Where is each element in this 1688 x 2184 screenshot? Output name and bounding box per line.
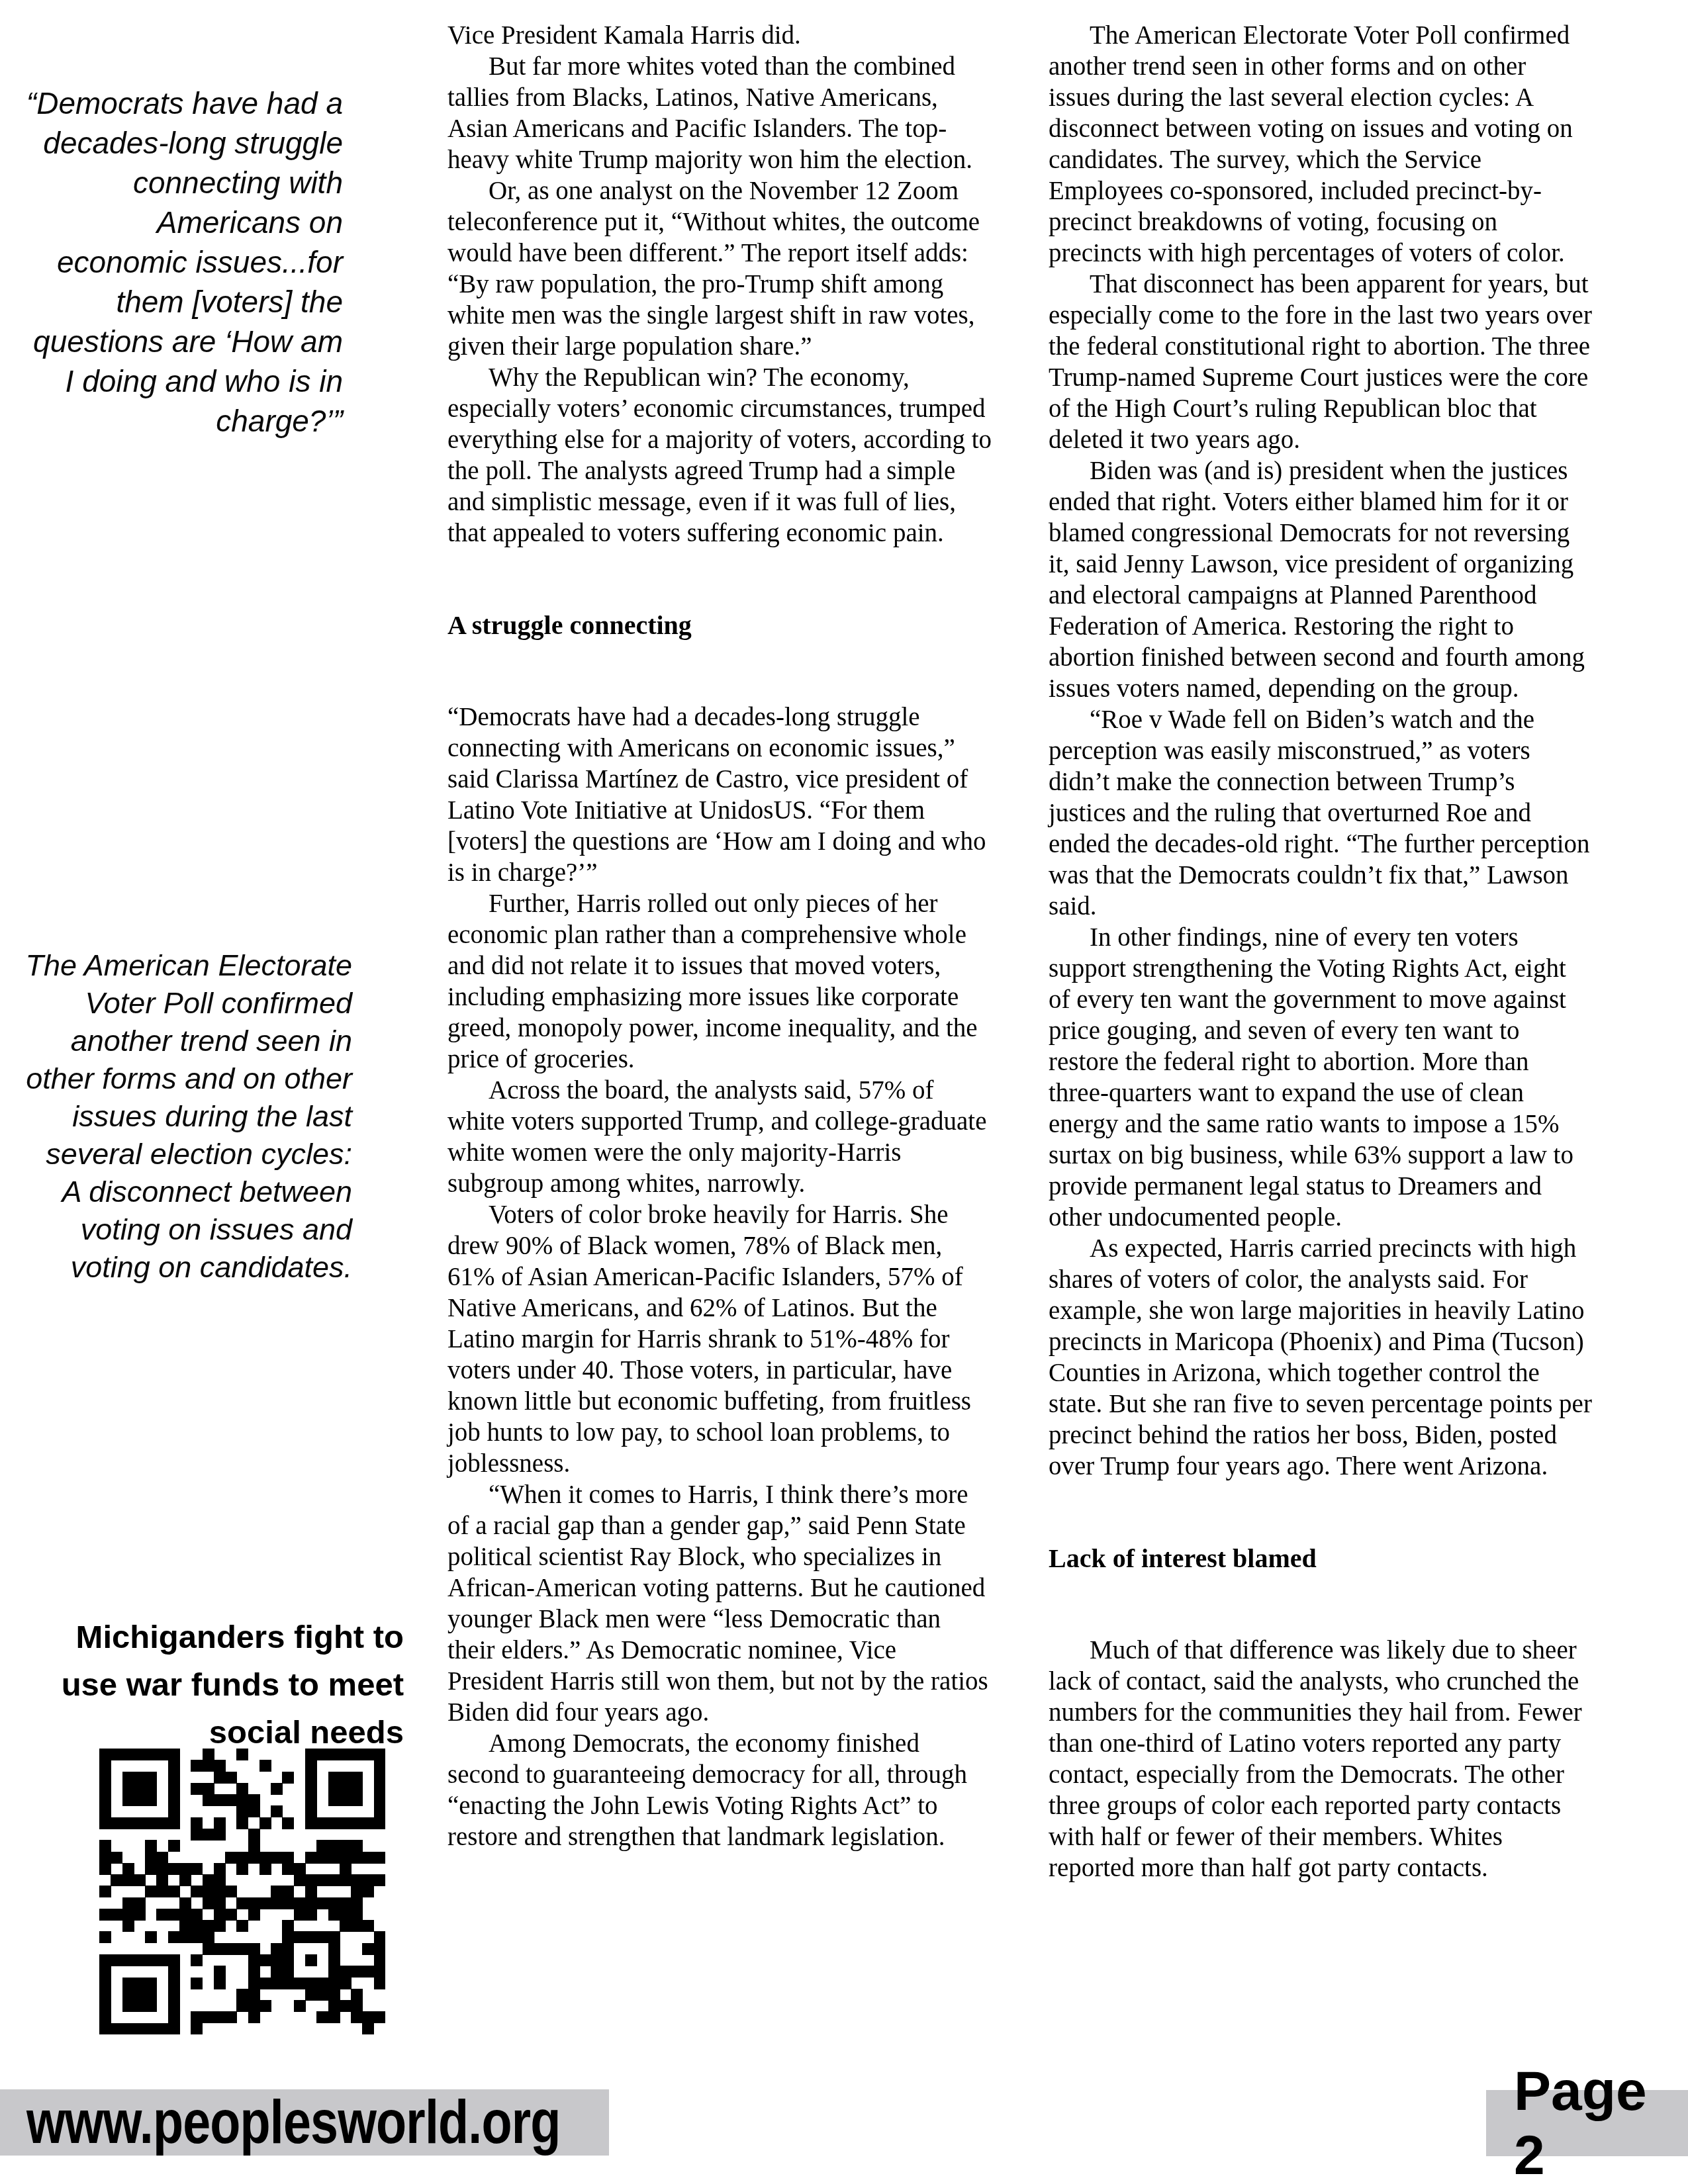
teaser-headline-michiganders: Michiganders fight to use war funds to m… [32, 1614, 404, 1756]
article-paragraph: Across the board, the analysts said, 57%… [447, 1075, 994, 1199]
article-paragraph: Voters of color broke heavily for Harris… [447, 1199, 994, 1479]
article-paragraph: Or, as one analyst on the November 12 Zo… [447, 175, 994, 362]
article-paragraph: In other findings, nine of every ten vot… [1049, 922, 1594, 1233]
article-paragraph: Further, Harris rolled out only pieces o… [447, 888, 994, 1075]
article-paragraph: As expected, Harris carried precincts wi… [1049, 1233, 1594, 1482]
footer-url-bar: www.peoplesworld.org [0, 2089, 609, 2156]
pull-quote-economic-issues: “Democrats have had a decades-long strug… [25, 83, 343, 441]
article-paragraph: But far more whites voted than the combi… [447, 51, 994, 175]
article-column-middle: Vice President Kamala Harris did. But fa… [447, 20, 994, 1852]
article-paragraph: Much of that difference was likely due t… [1049, 1635, 1594, 1884]
footer-page-number-bar: Page 2 [1486, 2090, 1688, 2156]
article-paragraph: Among Democrats, the economy finished se… [447, 1728, 994, 1852]
article-paragraph: Why the Republican win? The economy, esp… [447, 362, 994, 549]
article-paragraph: Biden was (and is) president when the ju… [1049, 455, 1594, 704]
article-column-right: The American Electorate Voter Poll confi… [1049, 20, 1594, 1884]
article-paragraph: “Democrats have had a decades-long strug… [447, 702, 994, 888]
page-number-label: Page 2 [1514, 2059, 1688, 2184]
article-paragraph: That disconnect has been apparent for ye… [1049, 269, 1594, 455]
pull-quote-voter-poll: The American Electorate Voter Poll confi… [25, 946, 352, 1286]
article-paragraph: “Roe v Wade fell on Biden’s watch and th… [1049, 704, 1594, 922]
section-subhead-struggle-connecting: A struggle connecting [447, 610, 994, 641]
article-paragraph: Vice President Kamala Harris did. [447, 20, 994, 51]
footer-url: www.peoplesworld.org [26, 2088, 561, 2158]
qr-code-icon [99, 1749, 385, 2034]
newspaper-page: “Democrats have had a decades-long strug… [0, 0, 1688, 2184]
article-paragraph: The American Electorate Voter Poll confi… [1049, 20, 1594, 269]
article-paragraph: “When it comes to Harris, I think there’… [447, 1479, 994, 1728]
section-subhead-lack-of-interest: Lack of interest blamed [1049, 1543, 1594, 1574]
